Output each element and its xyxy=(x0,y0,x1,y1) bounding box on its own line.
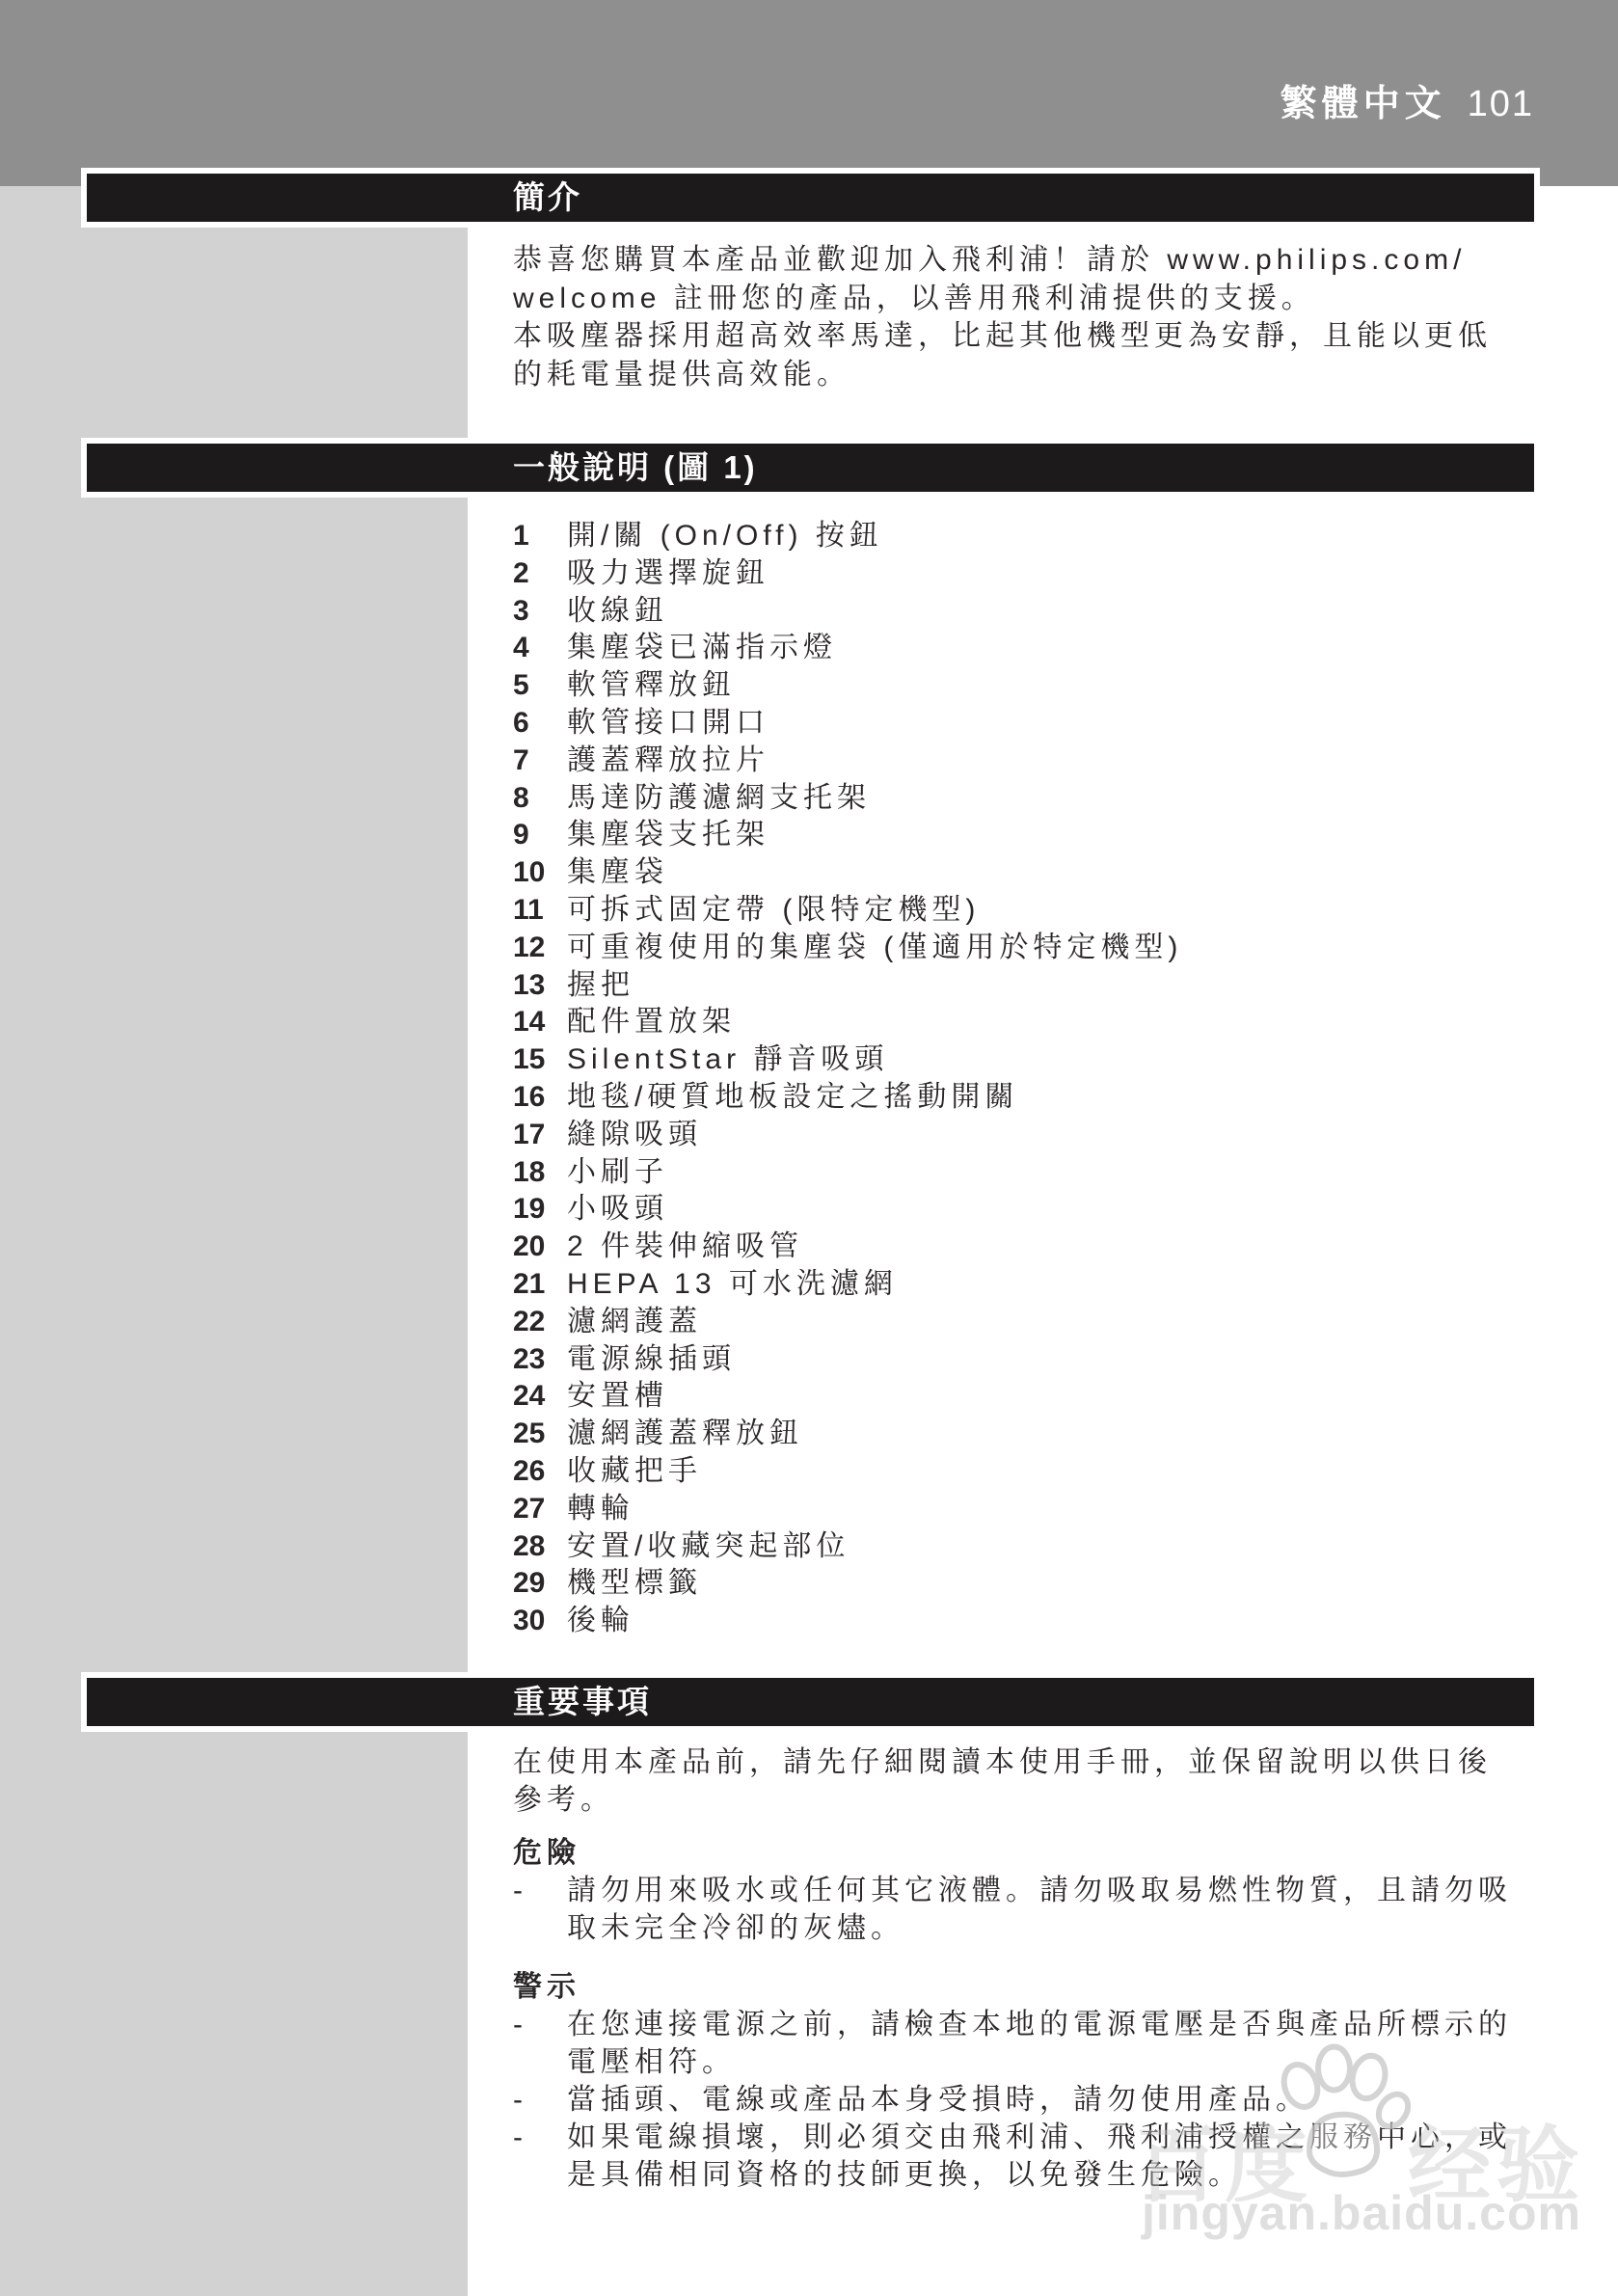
warning-heading: 警示 xyxy=(513,1968,580,2006)
bullet-dash: - xyxy=(513,2006,567,2043)
list-item-label: 集塵袋 xyxy=(567,854,1583,892)
bullet-text: 如果電線損壞，則必須交由飛利浦、飛利浦授權之服務中心，或 xyxy=(567,2119,1583,2156)
list-item-label: 濾網護蓋釋放鈕 xyxy=(567,1416,1583,1453)
bullet-line: 是具備相同資格的技師更換，以免發生危險。 xyxy=(513,2156,1583,2194)
text-line: 的耗電量提供高效能。 xyxy=(513,356,1583,394)
section-bar-general-description: 一般說明 (圖 1) xyxy=(81,438,1540,498)
section-title-important: 重要事項 xyxy=(513,1678,652,1726)
text-line: 在使用本產品前，請先仔細閱讀本使用手冊，並保留說明以供日後 xyxy=(513,1743,1583,1781)
language-label: 繁體中文 xyxy=(1281,84,1446,124)
danger-bullet-list: - 請勿用來吸水或任何其它液體。請勿吸取易燃性物質，且請勿吸 取未完全冷卻的灰燼… xyxy=(513,1872,1583,1947)
list-item-label: 安置槽 xyxy=(567,1378,1583,1416)
list-item-number: 8 xyxy=(513,780,567,818)
list-item-number: 21 xyxy=(513,1266,567,1304)
danger-heading: 危險 xyxy=(513,1834,580,1872)
list-item-number: 11 xyxy=(513,892,567,930)
text-line: 恭喜您購買本產品並歡迎加入飛利浦！請於 www.philips.com/ xyxy=(513,241,1583,280)
list-item: 21 HEPA 13 可水洗濾網 xyxy=(513,1266,1583,1304)
list-item-number: 18 xyxy=(513,1154,567,1192)
bullet-line: - 當插頭、電線或產品本身受損時，請勿使用產品。 xyxy=(513,2081,1583,2119)
list-item-number: 19 xyxy=(513,1191,567,1229)
bullet-text: 請勿用來吸水或任何其它液體。請勿吸取易燃性物質，且請勿吸 xyxy=(567,1872,1583,1909)
list-item-label: 開/關 (On/Off) 按鈕 xyxy=(567,518,1583,555)
list-item-number: 23 xyxy=(513,1341,567,1379)
list-item-number: 22 xyxy=(513,1304,567,1341)
list-item-label: 可拆式固定帶 (限特定機型) xyxy=(567,892,1583,930)
list-item-label: 護蓋釋放拉片 xyxy=(567,743,1583,780)
list-item: 5 軟管釋放鈕 xyxy=(513,667,1583,705)
list-item-number: 4 xyxy=(513,630,567,667)
list-item: 14 配件置放架 xyxy=(513,1004,1583,1041)
list-item-label: 地毯/硬質地板設定之搖動開關 xyxy=(567,1079,1583,1117)
text-line: 本吸塵器採用超高效率馬達，比起其他機型更為安靜，且能以更低 xyxy=(513,317,1583,356)
bullet-line: - 如果電線損壞，則必須交由飛利浦、飛利浦授權之服務中心，或 xyxy=(513,2119,1583,2156)
list-item-label: 機型標籤 xyxy=(567,1565,1583,1603)
list-item-label: 軟管釋放鈕 xyxy=(567,667,1583,705)
list-item-number: 29 xyxy=(513,1565,567,1603)
list-item: 26 收藏把手 xyxy=(513,1453,1583,1491)
warning-bullet-list: - 在您連接電源之前，請檢查本地的電源電壓是否與產品所標示的 電壓相符。 - 當… xyxy=(513,2006,1583,2194)
list-item-number: 10 xyxy=(513,854,567,892)
list-item-label: 縫隙吸頭 xyxy=(567,1117,1583,1154)
list-item-number: 7 xyxy=(513,743,567,780)
list-item: 27 轉輪 xyxy=(513,1491,1583,1528)
list-item: 2 吸力選擇旋鈕 xyxy=(513,555,1583,593)
list-item-label: 集塵袋已滿指示燈 xyxy=(567,630,1583,667)
bullet-dash: - xyxy=(513,1872,567,1909)
list-item-label: 2 件裝伸縮吸管 xyxy=(567,1229,1583,1266)
list-item-label: 小吸頭 xyxy=(567,1191,1583,1229)
list-item-number: 30 xyxy=(513,1603,567,1640)
bullet-text: 取未完全冷卻的灰燼。 xyxy=(567,1909,1583,1947)
list-item-number: 3 xyxy=(513,593,567,631)
bullet-text: 當插頭、電線或產品本身受損時，請勿使用產品。 xyxy=(567,2081,1583,2119)
list-item-number: 15 xyxy=(513,1041,567,1079)
list-item: 23 電源線插頭 xyxy=(513,1341,1583,1379)
list-item-number: 6 xyxy=(513,705,567,743)
list-item-number: 14 xyxy=(513,1004,567,1041)
list-item: 13 握把 xyxy=(513,967,1583,1005)
list-item: 29 機型標籤 xyxy=(513,1565,1583,1603)
list-item-label: 安置/收藏突起部位 xyxy=(567,1528,1583,1566)
page-number: 101 xyxy=(1468,84,1534,124)
list-item: 9 集塵袋支托架 xyxy=(513,817,1583,854)
manual-page: 繁體中文101 簡介 恭喜您購買本產品並歡迎加入飛利浦！請於 www.phili… xyxy=(0,0,1618,2296)
list-item: 6 軟管接口開口 xyxy=(513,705,1583,743)
list-item-label: 配件置放架 xyxy=(567,1004,1583,1041)
list-item: 19 小吸頭 xyxy=(513,1191,1583,1229)
list-item: 8 馬達防護濾網支托架 xyxy=(513,780,1583,818)
list-item-number: 17 xyxy=(513,1117,567,1154)
list-item: 15 SilentStar 靜音吸頭 xyxy=(513,1041,1583,1079)
list-item: 22 濾網護蓋 xyxy=(513,1304,1583,1341)
list-item-label: 轉輪 xyxy=(567,1491,1583,1528)
bullet-dash: - xyxy=(513,2119,567,2156)
list-item-number: 26 xyxy=(513,1453,567,1491)
list-item-label: 集塵袋支托架 xyxy=(567,817,1583,854)
list-item-number: 12 xyxy=(513,930,567,967)
list-item-label: 收線鈕 xyxy=(567,593,1583,631)
text-line: 參考。 xyxy=(513,1781,1583,1819)
list-item-number: 27 xyxy=(513,1491,567,1528)
list-item-label: 濾網護蓋 xyxy=(567,1304,1583,1341)
list-item: 18 小刷子 xyxy=(513,1154,1583,1192)
list-item-number: 24 xyxy=(513,1378,567,1416)
page-header-band: 繁體中文101 xyxy=(0,0,1618,186)
bullet-dash: - xyxy=(513,2081,567,2119)
list-item-label: 小刷子 xyxy=(567,1154,1583,1192)
section-bar-important: 重要事項 xyxy=(81,1672,1540,1732)
list-item: 10 集塵袋 xyxy=(513,854,1583,892)
list-item-label: HEPA 13 可水洗濾網 xyxy=(567,1266,1583,1304)
list-item: 20 2 件裝伸縮吸管 xyxy=(513,1229,1583,1266)
list-item: 16 地毯/硬質地板設定之搖動開關 xyxy=(513,1079,1583,1117)
list-item: 7 護蓋釋放拉片 xyxy=(513,743,1583,780)
list-item-number: 5 xyxy=(513,667,567,705)
section-bar-intro: 簡介 xyxy=(81,168,1540,228)
list-item: 1 開/關 (On/Off) 按鈕 xyxy=(513,518,1583,555)
list-item: 12 可重複使用的集塵袋 (僅適用於特定機型) xyxy=(513,930,1583,967)
list-item-number: 28 xyxy=(513,1528,567,1566)
bullet-line: 取未完全冷卻的灰燼。 xyxy=(513,1909,1583,1947)
page-header-text: 繁體中文101 xyxy=(1281,73,1534,126)
list-item-label: 後輪 xyxy=(567,1603,1583,1640)
list-item-number: 1 xyxy=(513,518,567,555)
list-item-number: 20 xyxy=(513,1229,567,1266)
list-item-number: 2 xyxy=(513,555,567,593)
list-item-label: 收藏把手 xyxy=(567,1453,1583,1491)
bullet-line: 電壓相符。 xyxy=(513,2043,1583,2081)
list-item: 4 集塵袋已滿指示燈 xyxy=(513,630,1583,667)
parts-list: 1 開/關 (On/Off) 按鈕 2 吸力選擇旋鈕 3 收線鈕 4 集塵袋已滿… xyxy=(513,518,1583,1640)
list-item-number: 13 xyxy=(513,967,567,1005)
list-item-number: 16 xyxy=(513,1079,567,1117)
list-item: 28 安置/收藏突起部位 xyxy=(513,1528,1583,1566)
bullet-line: - 請勿用來吸水或任何其它液體。請勿吸取易燃性物質，且請勿吸 xyxy=(513,1872,1583,1909)
list-item: 25 濾網護蓋釋放鈕 xyxy=(513,1416,1583,1453)
list-item-label: 電源線插頭 xyxy=(567,1341,1583,1379)
section-title-intro: 簡介 xyxy=(513,174,582,222)
list-item-label: SilentStar 靜音吸頭 xyxy=(567,1041,1583,1079)
bullet-line: - 在您連接電源之前，請檢查本地的電源電壓是否與產品所標示的 xyxy=(513,2006,1583,2043)
list-item-label: 馬達防護濾網支托架 xyxy=(567,780,1583,818)
bullet-text: 是具備相同資格的技師更換，以免發生危險。 xyxy=(567,2156,1583,2194)
list-item-number: 25 xyxy=(513,1416,567,1453)
important-paragraph: 在使用本產品前，請先仔細閱讀本使用手冊，並保留說明以供日後參考。 xyxy=(513,1743,1583,1819)
list-item-label: 可重複使用的集塵袋 (僅適用於特定機型) xyxy=(567,930,1583,967)
list-item: 17 縫隙吸頭 xyxy=(513,1117,1583,1154)
list-item: 3 收線鈕 xyxy=(513,593,1583,631)
text-line: welcome 註冊您的產品，以善用飛利浦提供的支援。 xyxy=(513,280,1583,318)
list-item: 11 可拆式固定帶 (限特定機型) xyxy=(513,892,1583,930)
section-title-general-description: 一般說明 (圖 1) xyxy=(513,444,758,492)
list-item: 24 安置槽 xyxy=(513,1378,1583,1416)
bullet-text: 電壓相符。 xyxy=(567,2043,1583,2081)
list-item: 30 後輪 xyxy=(513,1603,1583,1640)
intro-paragraph: 恭喜您購買本產品並歡迎加入飛利浦！請於 www.philips.com/welc… xyxy=(513,241,1583,393)
bullet-text: 在您連接電源之前，請檢查本地的電源電壓是否與產品所標示的 xyxy=(567,2006,1583,2043)
list-item-label: 軟管接口開口 xyxy=(567,705,1583,743)
list-item-number: 9 xyxy=(513,817,567,854)
list-item-label: 握把 xyxy=(567,967,1583,1005)
list-item-label: 吸力選擇旋鈕 xyxy=(567,555,1583,593)
left-margin-column xyxy=(0,186,468,2296)
